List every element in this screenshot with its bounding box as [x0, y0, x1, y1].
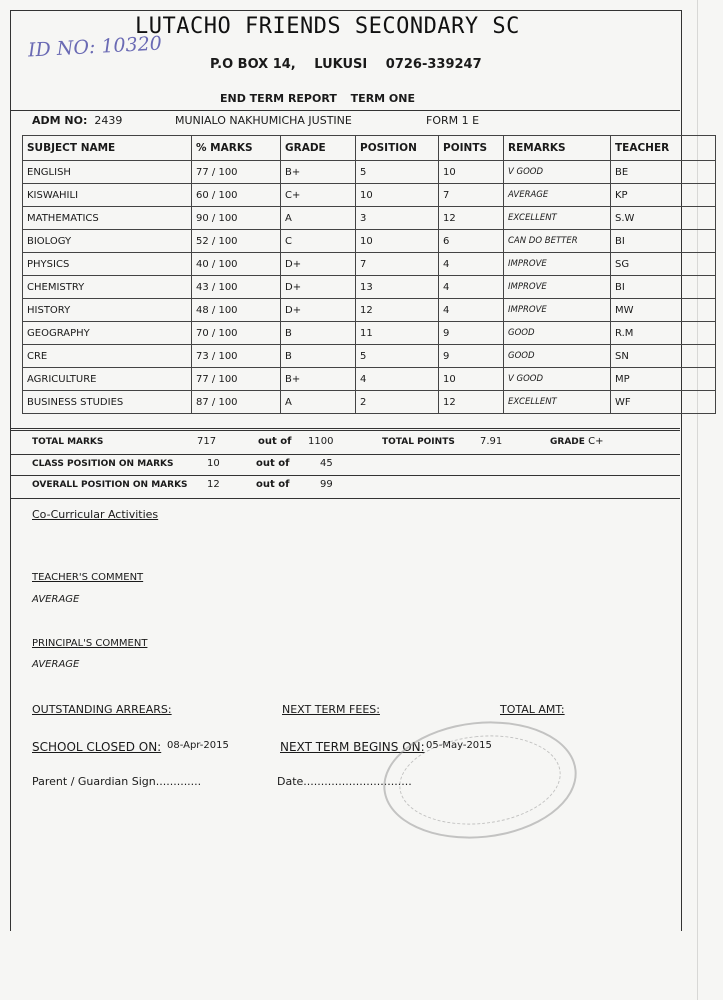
- report-type: END TERM REPORT: [220, 92, 337, 105]
- total-points-label: TOTAL POINTS: [382, 437, 455, 447]
- column-header: POSITION: [356, 136, 439, 161]
- total-marks-label: TOTAL MARKS: [32, 437, 103, 447]
- table-cell: B+: [281, 161, 356, 184]
- table-cell: V GOOD: [504, 161, 611, 184]
- table-cell: 87 / 100: [192, 391, 281, 414]
- next-fees-label: NEXT TERM FEES:: [282, 703, 380, 716]
- table-cell: 48 / 100: [192, 299, 281, 322]
- table-cell: BUSINESS STUDIES: [23, 391, 192, 414]
- table-cell: C+: [281, 184, 356, 207]
- report-term: TERM ONE: [351, 92, 415, 105]
- total-amt-label: TOTAL AMT:: [500, 703, 565, 716]
- stamp-ring: [395, 728, 565, 832]
- table-cell: 12: [356, 299, 439, 322]
- student-form: FORM 1 E: [426, 114, 479, 127]
- table-cell: 12: [439, 391, 504, 414]
- table-cell: 77 / 100: [192, 161, 281, 184]
- table-cell: ENGLISH: [23, 161, 192, 184]
- table-row: KISWAHILI60 / 100C+107AVERAGEKP: [23, 184, 716, 207]
- table-cell: SN: [611, 345, 716, 368]
- class-size: 45: [320, 458, 333, 469]
- adm-no: ADM NO: 2439: [32, 114, 122, 127]
- table-cell: 9: [439, 322, 504, 345]
- table-cell: A: [281, 207, 356, 230]
- table-cell: CRE: [23, 345, 192, 368]
- teacher-comment-label: TEACHER'S COMMENT: [32, 572, 143, 583]
- divider: [10, 454, 680, 455]
- table-cell: D+: [281, 276, 356, 299]
- table-cell: B: [281, 322, 356, 345]
- out-of-label: out of: [258, 436, 291, 447]
- principal-comment-label: PRINCIPAL'S COMMENT: [32, 638, 147, 649]
- phone: 0726-339247: [386, 57, 482, 72]
- table-row: HISTORY48 / 100D+124IMPROVEMW: [23, 299, 716, 322]
- table-cell: C: [281, 230, 356, 253]
- table-cell: 60 / 100: [192, 184, 281, 207]
- class-position-value: 10: [207, 458, 220, 469]
- table-cell: B: [281, 345, 356, 368]
- table-cell: KISWAHILI: [23, 184, 192, 207]
- table-cell: 9: [439, 345, 504, 368]
- table-cell: BE: [611, 161, 716, 184]
- principal-comment: AVERAGE: [32, 659, 79, 670]
- table-cell: MATHEMATICS: [23, 207, 192, 230]
- table-cell: 5: [356, 161, 439, 184]
- table-cell: 10: [356, 184, 439, 207]
- table-cell: 10: [439, 368, 504, 391]
- table-row: CRE73 / 100B59GOODSN: [23, 345, 716, 368]
- table-cell: 52 / 100: [192, 230, 281, 253]
- table-cell: 11: [356, 322, 439, 345]
- table-cell: IMPROVE: [504, 276, 611, 299]
- total-points-value: 7.91: [480, 436, 502, 447]
- divider: [10, 428, 680, 431]
- table-cell: R.M: [611, 322, 716, 345]
- table-cell: PHYSICS: [23, 253, 192, 276]
- table-cell: GOOD: [504, 345, 611, 368]
- table-cell: 4: [439, 276, 504, 299]
- table-cell: CAN DO BETTER: [504, 230, 611, 253]
- total-marks-value: 717: [197, 436, 216, 447]
- class-position-label: CLASS POSITION ON MARKS: [32, 459, 174, 469]
- table-cell: 4: [356, 368, 439, 391]
- table-row: MATHEMATICS90 / 100A312EXCELLENTS.W: [23, 207, 716, 230]
- school-name: LUTACHO FRIENDS SECONDARY SC: [135, 14, 520, 39]
- column-header: GRADE: [281, 136, 356, 161]
- table-row: PHYSICS40 / 100D+74IMPROVESG: [23, 253, 716, 276]
- column-header: POINTS: [439, 136, 504, 161]
- table-row: AGRICULTURE77 / 100B+410V GOODMP: [23, 368, 716, 391]
- adm-label: ADM NO:: [32, 114, 87, 127]
- total-marks-row: TOTAL MARKS: [32, 436, 103, 447]
- overall-position-value: 12: [207, 479, 220, 490]
- table-cell: AGRICULTURE: [23, 368, 192, 391]
- table-cell: 5: [356, 345, 439, 368]
- marks-table: SUBJECT NAME% MARKSGRADEPOSITIONPOINTSRE…: [22, 135, 716, 414]
- overall-size: 99: [320, 479, 333, 490]
- table-cell: EXCELLENT: [504, 391, 611, 414]
- table-cell: 13: [356, 276, 439, 299]
- table-cell: A: [281, 391, 356, 414]
- table-cell: 10: [439, 161, 504, 184]
- column-header: REMARKS: [504, 136, 611, 161]
- column-header: TEACHER: [611, 136, 716, 161]
- table-cell: 12: [439, 207, 504, 230]
- total-possible: 1100: [308, 436, 333, 447]
- table-cell: 10: [356, 230, 439, 253]
- town: LUKUSI: [314, 57, 367, 72]
- table-row: BIOLOGY52 / 100C106CAN DO BETTERBI: [23, 230, 716, 253]
- table-cell: 4: [439, 253, 504, 276]
- table-row: GEOGRAPHY70 / 100B119GOODR.M: [23, 322, 716, 345]
- grade-value: C+: [588, 436, 603, 447]
- table-cell: KP: [611, 184, 716, 207]
- overall-position-label: OVERALL POSITION ON MARKS: [32, 480, 188, 490]
- table-cell: IMPROVE: [504, 299, 611, 322]
- co-curricular-label: Co-Curricular Activities: [32, 508, 158, 521]
- table-cell: 73 / 100: [192, 345, 281, 368]
- student-name: MUNIALO NAKHUMICHA JUSTINE: [175, 114, 352, 127]
- adm-value: 2439: [94, 114, 122, 127]
- table-row: CHEMISTRY43 / 100D+134IMPROVEBI: [23, 276, 716, 299]
- table-cell: D+: [281, 299, 356, 322]
- table-cell: 77 / 100: [192, 368, 281, 391]
- divider: [10, 475, 680, 476]
- table-cell: B+: [281, 368, 356, 391]
- table-cell: 7: [439, 184, 504, 207]
- table-cell: SG: [611, 253, 716, 276]
- table-row: ENGLISH77 / 100B+510V GOODBE: [23, 161, 716, 184]
- out-of-label: out of: [256, 479, 289, 490]
- teacher-comment: AVERAGE: [32, 594, 79, 605]
- divider: [10, 110, 680, 111]
- table-cell: 70 / 100: [192, 322, 281, 345]
- table-cell: 90 / 100: [192, 207, 281, 230]
- table-cell: MP: [611, 368, 716, 391]
- table-cell: HISTORY: [23, 299, 192, 322]
- divider: [10, 498, 680, 499]
- po-box: P.O BOX 14,: [210, 57, 296, 72]
- table-cell: BI: [611, 276, 716, 299]
- column-header: SUBJECT NAME: [23, 136, 192, 161]
- table-cell: 3: [356, 207, 439, 230]
- table-cell: D+: [281, 253, 356, 276]
- table-cell: S.W: [611, 207, 716, 230]
- arrears-label: OUTSTANDING ARREARS:: [32, 703, 172, 716]
- table-cell: IMPROVE: [504, 253, 611, 276]
- table-row: BUSINESS STUDIES87 / 100A212EXCELLENTWF: [23, 391, 716, 414]
- parent-sign: Parent / Guardian Sign.............: [32, 775, 201, 788]
- table-cell: BI: [611, 230, 716, 253]
- table-cell: 7: [356, 253, 439, 276]
- table-cell: BIOLOGY: [23, 230, 192, 253]
- table-cell: CHEMISTRY: [23, 276, 192, 299]
- table-cell: GOOD: [504, 322, 611, 345]
- table-cell: EXCELLENT: [504, 207, 611, 230]
- table-cell: 40 / 100: [192, 253, 281, 276]
- table-cell: GEOGRAPHY: [23, 322, 192, 345]
- table-cell: 43 / 100: [192, 276, 281, 299]
- table-cell: V GOOD: [504, 368, 611, 391]
- grade-label: GRADE: [550, 437, 585, 447]
- table-cell: 6: [439, 230, 504, 253]
- column-header: % MARKS: [192, 136, 281, 161]
- report-title: END TERM REPORT TERM ONE: [220, 92, 425, 105]
- closed-date: 08-Apr-2015: [167, 740, 229, 751]
- school-address: P.O BOX 14, LUKUSI 0726-339247: [210, 57, 496, 72]
- table-cell: 4: [439, 299, 504, 322]
- table-cell: 2: [356, 391, 439, 414]
- table-cell: AVERAGE: [504, 184, 611, 207]
- table-cell: WF: [611, 391, 716, 414]
- closed-label: SCHOOL CLOSED ON:: [32, 740, 161, 754]
- table-cell: MW: [611, 299, 716, 322]
- out-of-label: out of: [256, 458, 289, 469]
